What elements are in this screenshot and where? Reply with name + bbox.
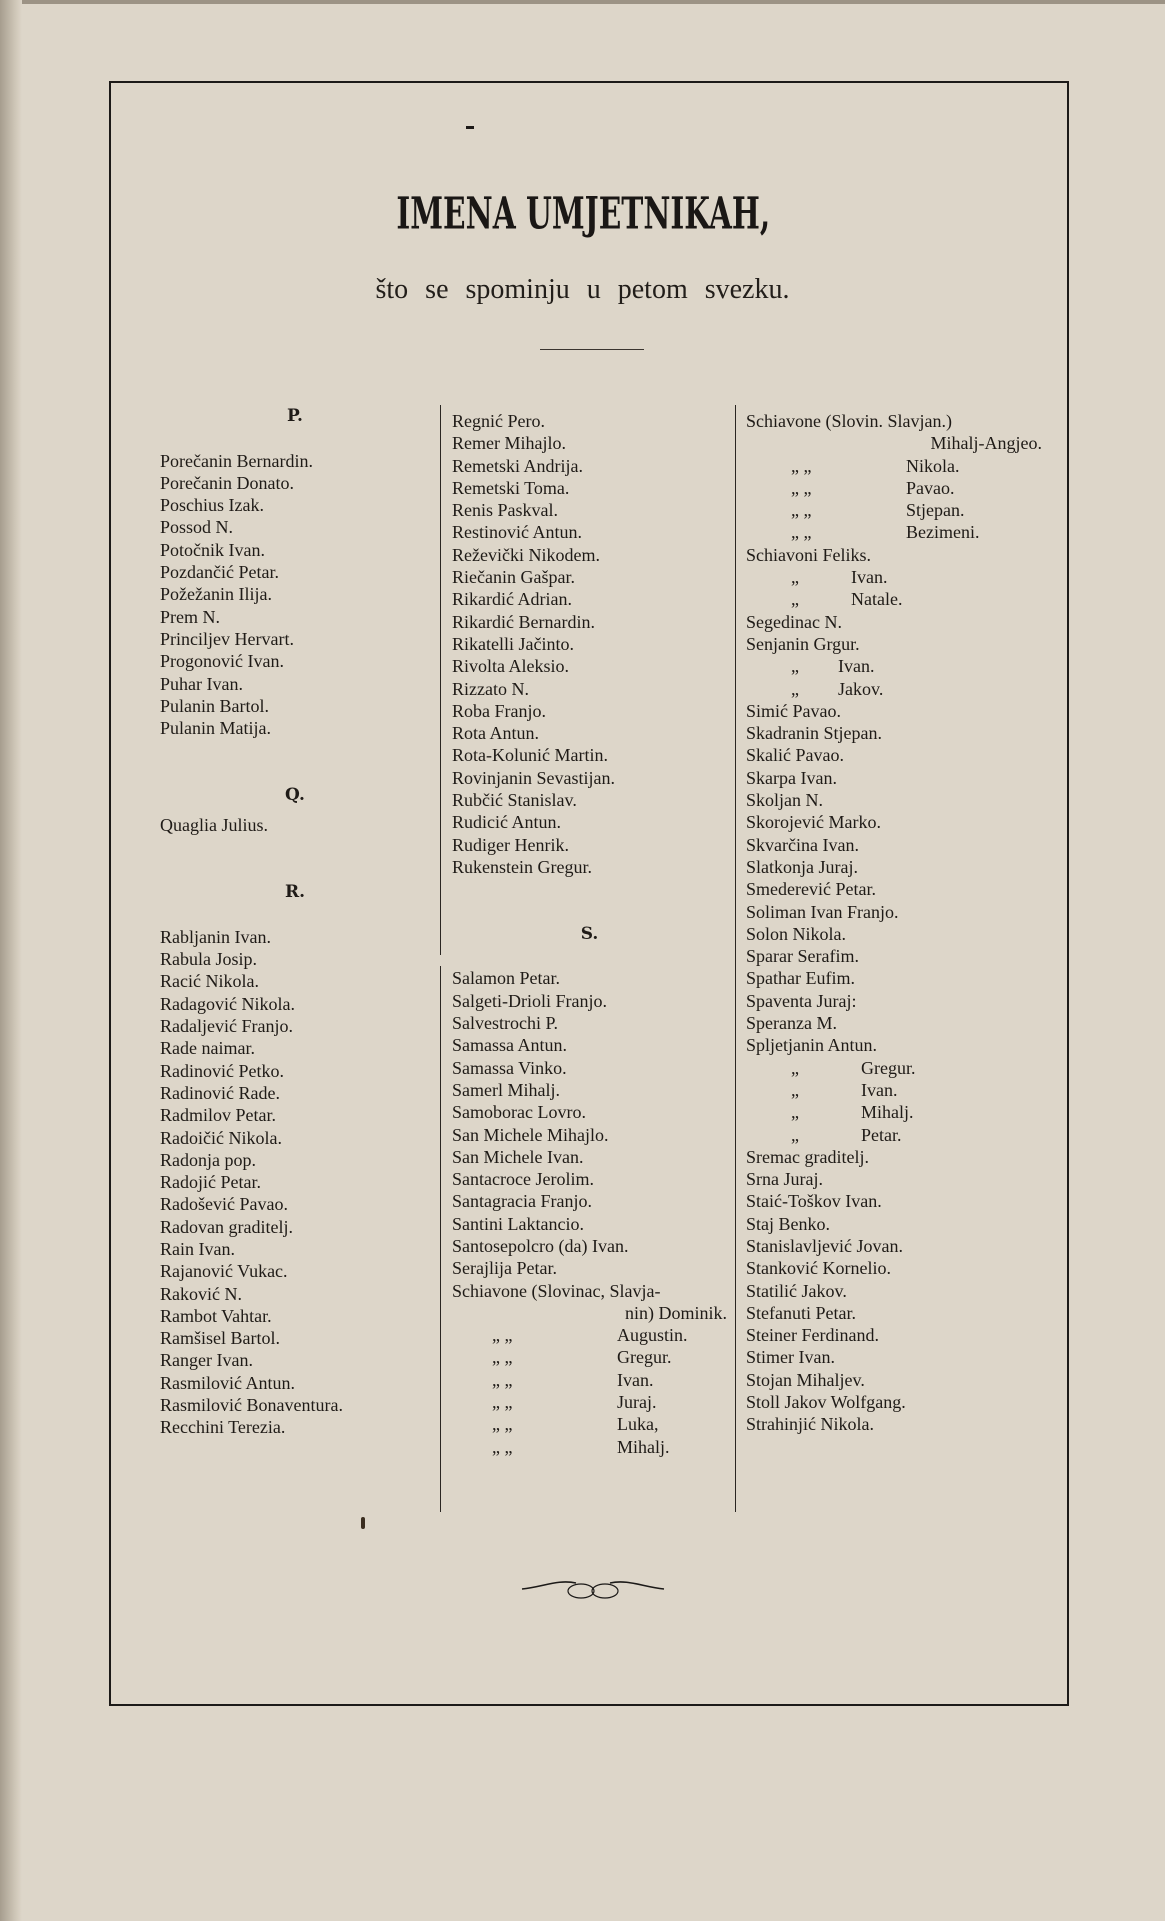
list-item: Quaglia Julius. [160, 814, 430, 836]
list-item-given-name: Mihalj. [861, 1102, 914, 1122]
column-3: Schiavone (Slovin. Slavjan.) Mihalj-Angj… [746, 410, 1046, 1436]
list-item-ditto: „ „Bezimeni. [746, 521, 1046, 543]
list-item: Solon Nikola. [746, 923, 1046, 945]
list-item: Porečanin Bernardin. [160, 450, 430, 472]
section-letter-r: R. [160, 881, 430, 903]
list-item: Stefanuti Petar. [746, 1302, 1046, 1324]
list-item: Puhar Ivan. [160, 673, 430, 695]
column-divider-left [440, 405, 441, 955]
list-item-ditto: „ „Augustin. [452, 1324, 727, 1346]
ditto-mark: „ [746, 1079, 861, 1101]
column-2: Regnić Pero. Remer Mihajlo. Remetski And… [452, 410, 727, 1458]
list-item: Rade naimar. [160, 1037, 430, 1059]
title-rule [540, 349, 644, 350]
list-item: Radoičić Nikola. [160, 1127, 430, 1149]
list-item: Potočnik Ivan. [160, 539, 430, 561]
list-item-given-name: Bezimeni. [906, 522, 979, 542]
list-item-ditto: „ „Ivan. [452, 1369, 727, 1391]
list-item: Radaljević Franjo. [160, 1015, 430, 1037]
list-item: Radagović Nikola. [160, 993, 430, 1015]
list-item: Stojan Mihaljev. [746, 1369, 1046, 1391]
list-item-ditto: „Gregur. [746, 1057, 1046, 1079]
list-item-ditto: „ „Gregur. [452, 1346, 727, 1368]
ditto-mark: „ „ [746, 477, 906, 499]
ditto-mark: „ „ [452, 1413, 617, 1435]
list-item: Princiljev Hervart. [160, 628, 430, 650]
printer-mark [466, 126, 474, 129]
list-item-ditto: „ „Mihalj. [452, 1436, 727, 1458]
list-item: Radmilov Petar. [160, 1104, 430, 1126]
flourish-ornament-icon [518, 1573, 668, 1603]
ink-blot [361, 1517, 365, 1529]
list-item: Požežanin Ilija. [160, 583, 430, 605]
list-item: Radinović Petko. [160, 1060, 430, 1082]
list-item: Stanković Kornelio. [746, 1257, 1046, 1279]
list-item: Renis Paskval. [452, 499, 727, 521]
list-item: Samoborac Lovro. [452, 1101, 727, 1123]
list-item: Santagracia Franjo. [452, 1190, 727, 1212]
list-item: Senjanin Grgur. [746, 633, 1046, 655]
list-item-continuation: Mihalj-Angjeo. [746, 432, 1046, 454]
list-item: Samerl Mihalj. [452, 1079, 727, 1101]
ditto-mark: „ [746, 678, 838, 700]
list-item: Salamon Petar. [452, 967, 727, 989]
list-item: Pulanin Matija. [160, 717, 430, 739]
column-divider-left-lower [440, 966, 441, 1512]
column-1: P. Porečanin Bernardin. Porečanin Donato… [160, 405, 430, 1439]
list-item: Radinović Rade. [160, 1082, 430, 1104]
list-item: Santosepolcro (da) Ivan. [452, 1235, 727, 1257]
list-item: Rivolta Aleksio. [452, 655, 727, 677]
list-item: Rikatelli Jačinto. [452, 633, 727, 655]
section-letter-s: S. [452, 923, 727, 945]
ditto-mark: „ [746, 1101, 861, 1123]
ditto-mark: „ „ [452, 1346, 617, 1368]
list-item-given-name: Gregur. [617, 1347, 671, 1367]
list-item-ditto: „ „Pavao. [746, 477, 1046, 499]
list-item: Santini Laktancio. [452, 1213, 727, 1235]
list-item: Rain Ivan. [160, 1238, 430, 1260]
list-item: Raković N. [160, 1283, 430, 1305]
ditto-mark: „ „ [746, 499, 906, 521]
list-item: Radovan graditelj. [160, 1216, 430, 1238]
ditto-mark: „ [746, 655, 838, 677]
list-item-ditto: „Ivan. [746, 1079, 1046, 1101]
list-item: Rasmilović Bonaventura. [160, 1394, 430, 1416]
list-item-ditto: „ „Juraj. [452, 1391, 727, 1413]
section-letter-p: P. [160, 405, 430, 427]
list-item: Sremac graditelj. [746, 1146, 1046, 1168]
list-item: Serajlija Petar. [452, 1257, 727, 1279]
list-item: Statilić Jakov. [746, 1280, 1046, 1302]
list-item: Rota-Kolunić Martin. [452, 744, 727, 766]
list-item: Remetski Toma. [452, 477, 727, 499]
list-item: Radošević Pavao. [160, 1193, 430, 1215]
ditto-mark: „ [746, 566, 851, 588]
list-item-given-name: Stjepan. [906, 500, 965, 520]
list-item: Prem N. [160, 606, 430, 628]
list-item-ditto: „Ivan. [746, 655, 1046, 677]
list-item: Simić Pavao. [746, 700, 1046, 722]
list-item: Sparar Serafim. [746, 945, 1046, 967]
list-item: Rabljanin Ivan. [160, 926, 430, 948]
section-r-continued-list: Regnić Pero. Remer Mihajlo. Remetski And… [452, 410, 727, 878]
ditto-mark: „ „ [452, 1369, 617, 1391]
list-item: Strahinjić Nikola. [746, 1413, 1046, 1435]
list-item: Salgeti-Drioli Franjo. [452, 990, 727, 1012]
section-p-list: Porečanin Bernardin. Porečanin Donato. P… [160, 450, 430, 740]
page-subtitle: što se spominju u petom svezku. [0, 274, 1165, 306]
list-item: Skoljan N. [746, 789, 1046, 811]
list-item: Racić Nikola. [160, 970, 430, 992]
list-item-given-name: Ivan. [838, 656, 874, 676]
list-item: Restinović Antun. [452, 521, 727, 543]
list-item: Roba Franjo. [452, 700, 727, 722]
section-s-list: Salamon Petar. Salgeti-Drioli Franjo. Sa… [452, 967, 727, 1458]
list-item: Ranger Ivan. [160, 1349, 430, 1371]
list-item: Steiner Ferdinand. [746, 1324, 1046, 1346]
list-item: Pozdančić Petar. [160, 561, 430, 583]
list-item-ditto: „Natale. [746, 588, 1046, 610]
list-item: Possod N. [160, 516, 430, 538]
list-item: Spaventa Juraj: [746, 990, 1046, 1012]
list-item-ditto: „Ivan. [746, 566, 1046, 588]
list-item: Salvestrochi P. [452, 1012, 727, 1034]
list-item-given-name: Nikola. [906, 456, 960, 476]
list-item: Rabula Josip. [160, 948, 430, 970]
list-item: Rizzato N. [452, 678, 727, 700]
list-item: Staić-Toškov Ivan. [746, 1190, 1046, 1212]
list-item: Rota Antun. [452, 722, 727, 744]
list-item: Radojić Petar. [160, 1171, 430, 1193]
list-item: Rovinjanin Sevastijan. [452, 767, 727, 789]
list-item: Remer Mihajlo. [452, 432, 727, 454]
list-item-given-name: Pavao. [906, 478, 955, 498]
list-item: Rasmilović Antun. [160, 1372, 430, 1394]
list-item: Stanislavljević Jovan. [746, 1235, 1046, 1257]
list-item: Reževički Nikodem. [452, 544, 727, 566]
list-item: Schiavone (Slovinac, Slavja- [452, 1280, 727, 1302]
list-item: Skalić Pavao. [746, 744, 1046, 766]
list-item-ditto: „Jakov. [746, 678, 1046, 700]
list-item-given-name: Juraj. [617, 1392, 657, 1412]
list-item: Santacroce Jerolim. [452, 1168, 727, 1190]
list-item-given-name: Luka, [617, 1414, 658, 1434]
column-divider-right [735, 405, 736, 1512]
list-item-given-name: Ivan. [617, 1370, 653, 1390]
list-item-ditto: „Mihalj. [746, 1101, 1046, 1123]
list-item: Srna Juraj. [746, 1168, 1046, 1190]
list-item: Schiavoni Feliks. [746, 544, 1046, 566]
list-item: Porečanin Donato. [160, 472, 430, 494]
ditto-mark: „ „ [452, 1391, 617, 1413]
list-item: Rubčić Stanislav. [452, 789, 727, 811]
list-item: Ramšisel Bartol. [160, 1327, 430, 1349]
list-item: Stimer Ivan. [746, 1346, 1046, 1368]
list-item: Schiavone (Slovin. Slavjan.) [746, 410, 1046, 432]
list-item: Skvarčina Ivan. [746, 834, 1046, 856]
list-item: Samassa Vinko. [452, 1057, 727, 1079]
list-item: Skarpa Ivan. [746, 767, 1046, 789]
list-item-given-name: Augustin. [617, 1325, 688, 1345]
list-item-given-name: Ivan. [851, 567, 887, 587]
list-item: Speranza M. [746, 1012, 1046, 1034]
list-item: Stoll Jakov Wolfgang. [746, 1391, 1046, 1413]
list-item-given-name: Mihalj. [617, 1437, 670, 1457]
section-r-list: Rabljanin Ivan. Rabula Josip. Racić Niko… [160, 926, 430, 1439]
list-item: Samassa Antun. [452, 1034, 727, 1056]
list-item-ditto: „Petar. [746, 1124, 1046, 1146]
list-item: Soliman Ivan Franjo. [746, 901, 1046, 923]
list-item: Remetski Andrija. [452, 455, 727, 477]
ditto-mark: „ „ [746, 521, 906, 543]
list-item: Skadranin Stjepan. [746, 722, 1046, 744]
list-item-given-name: Ivan. [861, 1080, 897, 1100]
list-item: Slatkonja Juraj. [746, 856, 1046, 878]
list-item: Regnić Pero. [452, 410, 727, 432]
list-item: Rikardić Bernardin. [452, 611, 727, 633]
list-item: Riečanin Gašpar. [452, 566, 727, 588]
ditto-mark: „ [746, 588, 851, 610]
list-item-given-name: Jakov. [838, 679, 883, 699]
list-item: Radonja pop. [160, 1149, 430, 1171]
list-item: Rambot Vahtar. [160, 1305, 430, 1327]
section-letter-q: Q. [160, 784, 430, 806]
list-item-given-name: Gregur. [861, 1058, 915, 1078]
list-item-ditto: „ „Nikola. [746, 455, 1046, 477]
list-item: Spljetjanin Antun. [746, 1034, 1046, 1056]
page-top-edge [0, 0, 1165, 4]
list-item: Staj Benko. [746, 1213, 1046, 1235]
page-title: IMENA UMJETNIKAH, [129, 187, 1038, 239]
list-item-given-name: Petar. [861, 1125, 902, 1145]
list-item: Segedinac N. [746, 611, 1046, 633]
list-item-ditto: „ „Luka, [452, 1413, 727, 1435]
list-item: Rukenstein Gregur. [452, 856, 727, 878]
ditto-mark: „ [746, 1124, 861, 1146]
list-item: Rikardić Adrian. [452, 588, 727, 610]
list-item: Pulanin Bartol. [160, 695, 430, 717]
list-item: Progonović Ivan. [160, 650, 430, 672]
ditto-mark: „ „ [452, 1324, 617, 1346]
list-item: Smederević Petar. [746, 878, 1046, 900]
list-item-continuation: nin) Dominik. [452, 1302, 727, 1324]
list-item: Recchini Terezia. [160, 1416, 430, 1438]
ditto-mark: „ „ [746, 455, 906, 477]
list-item: Rudiger Henrik. [452, 834, 727, 856]
list-item: San Michele Mihajlo. [452, 1124, 727, 1146]
list-item: Skorojević Marko. [746, 811, 1046, 833]
list-item-ditto: „ „Stjepan. [746, 499, 1046, 521]
list-item: Spathar Eufim. [746, 967, 1046, 989]
list-item: Rajanović Vukac. [160, 1260, 430, 1282]
ditto-mark: „ „ [452, 1436, 617, 1458]
list-item: Poschius Izak. [160, 494, 430, 516]
list-item: San Michele Ivan. [452, 1146, 727, 1168]
ditto-mark: „ [746, 1057, 861, 1079]
list-item: Rudicić Antun. [452, 811, 727, 833]
list-item-given-name: Natale. [851, 589, 902, 609]
